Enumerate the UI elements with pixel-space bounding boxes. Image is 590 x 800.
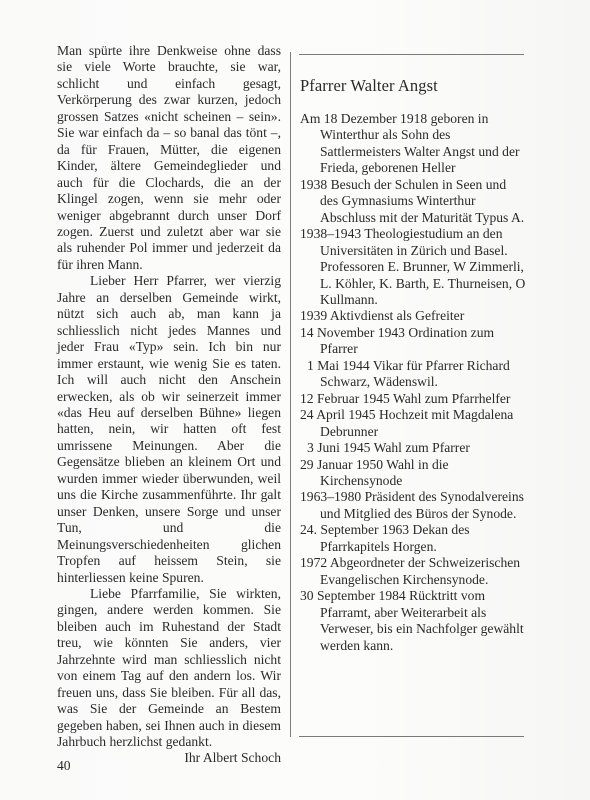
entry-date: 1938–1943 xyxy=(300,226,361,241)
biography-title: Pfarrer Walter Angst xyxy=(300,76,526,96)
entry-text: Aktivdienst als Gefreiter xyxy=(330,308,464,323)
entry-date: 1939 xyxy=(300,308,327,323)
biography-entry: Am 18 Dezember 1918 geboren in Winterthu… xyxy=(300,111,526,177)
entry-text: Besuch der Schulen in Seen und des Gymna… xyxy=(320,177,524,225)
biography-entry: 14 November 1943 Ordination zum Pfarrer xyxy=(300,325,526,358)
entry-date: 24. September 1963 xyxy=(300,522,409,537)
biography-entry: 3 Juni 1945 Wahl zum Pfarrer xyxy=(300,440,526,456)
biography-entry: 1938–1943 Theologiestudium an den Univer… xyxy=(300,226,526,308)
page-number: 40 xyxy=(57,758,71,774)
column-divider xyxy=(290,52,291,737)
biography-bottom-rule xyxy=(299,736,524,737)
entry-date: Am 18 Dezember 1918 xyxy=(300,111,427,126)
signature: Ihr Albert Schoch xyxy=(57,750,281,766)
tribute-paragraph: Liebe Pfarrfamilie, Sie wirkten, gingen,… xyxy=(57,586,281,751)
entry-date: 29 Januar 1950 xyxy=(300,457,383,472)
entry-date: 14 November 1943 xyxy=(300,325,405,340)
entry-date: 24 April 1945 xyxy=(300,407,376,422)
entry-date: 1963–1980 xyxy=(300,489,361,504)
entry-date: 1 Mai 1944 xyxy=(300,358,370,373)
biography-entry: 1972 Abgeordneter der Schweizerischen Ev… xyxy=(300,555,526,588)
biography-entry: 24 April 1945 Hochzeit mit Magdalena Deb… xyxy=(300,407,526,440)
entry-date: 30 September 1984 xyxy=(300,588,406,603)
entry-date: 1938 xyxy=(300,177,327,192)
tribute-column: Man spürte ihre Denkweise ohne dass sie … xyxy=(57,43,281,767)
tribute-paragraph: Man spürte ihre Denkweise ohne dass sie … xyxy=(57,43,281,273)
biography-entry: 1963–1980 Präsident des Synodalvereins u… xyxy=(300,489,526,522)
entry-date: 12 Februar 1945 xyxy=(300,391,390,406)
biography-top-rule xyxy=(299,54,524,55)
entry-date: 3 Juni 1945 xyxy=(300,440,370,455)
biography-column: Pfarrer Walter Angst Am 18 Dezember 1918… xyxy=(300,76,526,654)
biography-entry: 12 Februar 1945 Wahl zum Pfarrhelfer xyxy=(300,391,526,407)
document-page: Man spürte ihre Denkweise ohne dass sie … xyxy=(0,0,590,800)
biography-entry: 1939 Aktivdienst als Gefreiter xyxy=(300,308,526,324)
entry-text: Wahl zum Pfarrer xyxy=(374,440,470,455)
biography-entry: 29 Januar 1950 Wahl in die Kirchensynode xyxy=(300,457,526,490)
biography-entry: 1 Mai 1944 Vikar für Pfarrer Richard Sch… xyxy=(300,358,526,391)
entry-date: 1972 xyxy=(300,555,327,570)
entry-text: Wahl zum Pfarrhelfer xyxy=(393,391,510,406)
biography-entry: 1938 Besuch der Schulen in Seen und des … xyxy=(300,177,526,226)
biography-entry: 24. September 1963 Dekan des Pfarrkapite… xyxy=(300,522,526,555)
entry-text: Abgeordneter der Schweizerischen Evangel… xyxy=(320,555,520,586)
biography-entry: 30 September 1984 Rücktritt vom Pfarramt… xyxy=(300,588,526,654)
tribute-paragraph: Lieber Herr Pfarrer, wer vierzig Jahre a… xyxy=(57,273,281,586)
